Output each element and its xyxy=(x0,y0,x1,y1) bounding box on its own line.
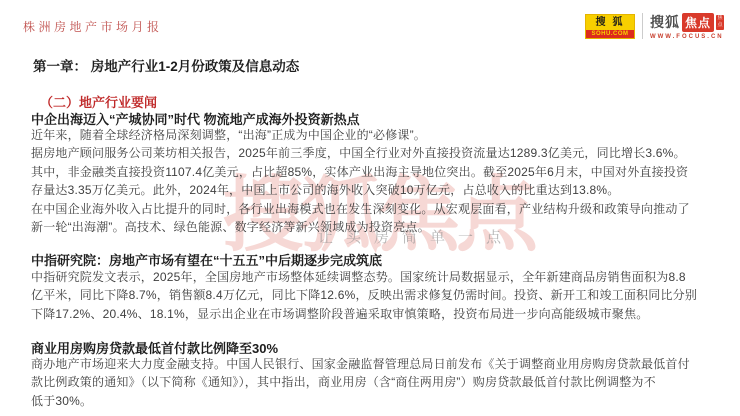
paragraph-line: 低于30%。 xyxy=(31,392,690,410)
paragraph-line: 据房地产顾问服务公司莱坊相关报告，2025年前三季度，中国全行业对外直接投资流量… xyxy=(31,144,690,162)
paragraph-line: 款比例政策的通知》（以下简称《通知》），其中指出，商业用房（含“商住两用房”）购… xyxy=(31,373,690,391)
report-title: 株洲房地产市场月报 xyxy=(23,18,163,35)
report-page: 搜狐焦点 让买房简单一点 株洲房地产市场月报 搜狐 SOHU.COM 搜狐 焦点… xyxy=(0,0,740,416)
sohu-logo: 搜狐 SOHU.COM xyxy=(585,14,635,39)
paragraph-line: 存量达3.35万亿美元。此外，2024年，中国上市公司的海外收入突破10万亿元，… xyxy=(31,181,690,199)
article-2-title: 中指研究院：房地产市场有望在“十五五”中后期逐步完成筑底 xyxy=(31,250,382,269)
sohu-logo-text: 搜狐 xyxy=(586,17,634,29)
paragraph-line: 中指研究院发文表示，2025年，全国房地产市场整体延续调整态势。国家统计局数据显… xyxy=(31,268,697,286)
focus-logo-prefix: 搜狐 xyxy=(650,12,680,32)
article-2-body: 中指研究院发文表示，2025年，全国房地产市场整体延续调整态势。国家统计局数据显… xyxy=(31,268,697,323)
paragraph-line: 亿平米，同比下降8.7%，销售额8.4万亿元，同比下降12.6%，反映出需求修复… xyxy=(31,286,697,304)
paragraph-line: 新一轮“出海潮”。高技术、绿色能源、数字经济等新兴领域成为投资亮点。 xyxy=(31,218,690,236)
article-3-body: 商办地产市场迎来大力度金融支持。中国人民银行、国家金融监督管理总局日前发布《关于… xyxy=(31,355,690,410)
focus-logo-url: WWW.FOCUS.CN xyxy=(650,34,724,40)
paragraph-line: 近年来，随着全球经济格局深刻调整，“出海”正成为中国企业的“必修课”。 xyxy=(31,126,690,144)
paragraph-line: 下降17.2%、20.4%、18.1%，显示出企业在市场调整阶段普遍采取审慎策略… xyxy=(31,305,697,323)
paragraph-line: 在中国企业海外收入占比提升的同时，各行业出海模式也在发生深刻变化。从宏观层面看，… xyxy=(31,200,690,218)
sohu-logo-url: SOHU.COM xyxy=(586,30,634,38)
header-logos: 搜狐 SOHU.COM 搜狐 焦点 焦点 WWW.FOCUS.CN xyxy=(585,12,724,40)
paragraph-line: 其中，非金融类直接投资1107.4亿美元，占比超85%，实体产业出海主导地位突出… xyxy=(31,163,690,181)
focus-logo-badge-icon: 焦点 xyxy=(716,15,724,30)
article-1-body: 近年来，随着全球经济格局深刻调整，“出海”正成为中国企业的“必修课”。 据房地产… xyxy=(31,126,690,236)
chapter-title: 第一章： 房地产行业1-2月份政策及信息动态 xyxy=(33,55,299,75)
logo-divider xyxy=(642,13,643,39)
sohu-focus-logo: 搜狐 焦点 焦点 WWW.FOCUS.CN xyxy=(650,12,724,40)
paragraph-line: 商办地产市场迎来大力度金融支持。中国人民银行、国家金融监督管理总局日前发布《关于… xyxy=(31,355,690,373)
focus-logo-highlight: 焦点 xyxy=(682,13,714,32)
